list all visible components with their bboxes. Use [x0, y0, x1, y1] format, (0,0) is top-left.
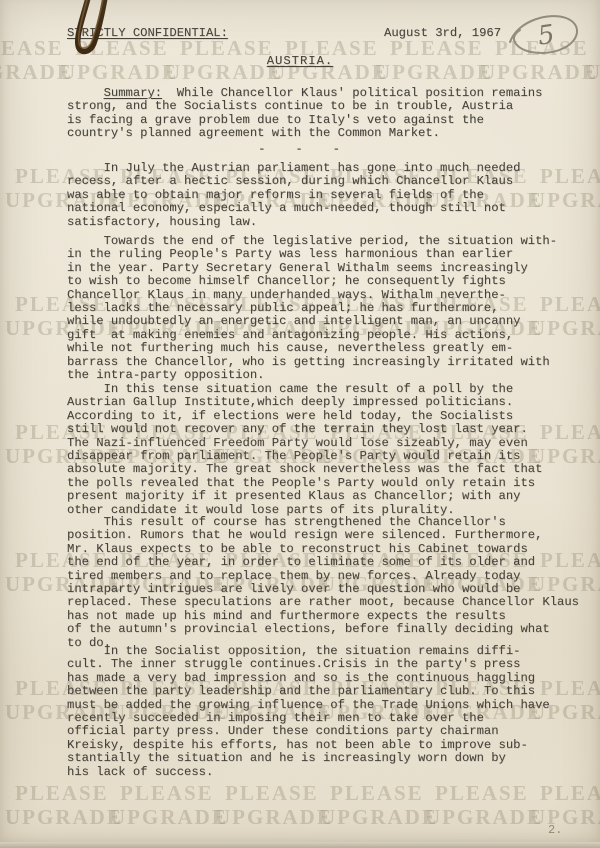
watermark-word: UPGRADE	[110, 805, 228, 830]
watermark-word: PLEASE	[540, 781, 600, 806]
page-title: AUSTRIA.	[0, 55, 600, 68]
watermark-word: PLEASE	[120, 781, 214, 806]
document-date: August 3rd, 1967	[384, 27, 501, 40]
body-paragraph-4: This result of course has strengthened t…	[67, 516, 579, 650]
body-paragraph-1: In July the Austrian parliament has gone…	[67, 162, 520, 229]
watermark-word: PLEASE	[540, 164, 600, 189]
watermark-word: UPGRADE	[215, 805, 333, 830]
summary-indent	[67, 86, 104, 100]
watermark-word: UPGRADE	[530, 805, 600, 830]
watermark-word: PLEASE	[330, 781, 424, 806]
watermark-word: PLEASE	[435, 781, 529, 806]
section-divider: - - -	[0, 143, 600, 156]
paper-bottom-edge	[0, 842, 600, 848]
document-page: PLEASEPLEASEPLEASEPLEASEPLEASEPLEASEPLEA…	[0, 0, 600, 848]
summary-label: Summary:	[104, 86, 163, 100]
summary-paragraph: Summary: While Chancellor Klaus' politic…	[67, 87, 542, 141]
watermark-word: PLEASE	[540, 420, 600, 445]
body-paragraph-5: In the Socialist opposition, the situati…	[67, 645, 550, 779]
watermark-word: UPGRADE	[5, 805, 123, 830]
body-paragraph-2: Towards the end of the legislative perio…	[67, 235, 557, 382]
circled-number: 5	[536, 20, 557, 52]
classification-stamp: STRICTLY CONFIDENTIAL:	[67, 27, 228, 40]
watermark-word: PLEASE	[15, 781, 109, 806]
watermark-word: UPGRADE	[320, 805, 438, 830]
watermark-word: UPGRADE	[530, 188, 600, 213]
body-paragraph-3: In this tense situation came the result …	[67, 383, 542, 517]
watermark-word: UPGRADE	[425, 805, 543, 830]
page-number: 2.	[548, 824, 562, 837]
watermark-word: PLEASE	[225, 781, 319, 806]
